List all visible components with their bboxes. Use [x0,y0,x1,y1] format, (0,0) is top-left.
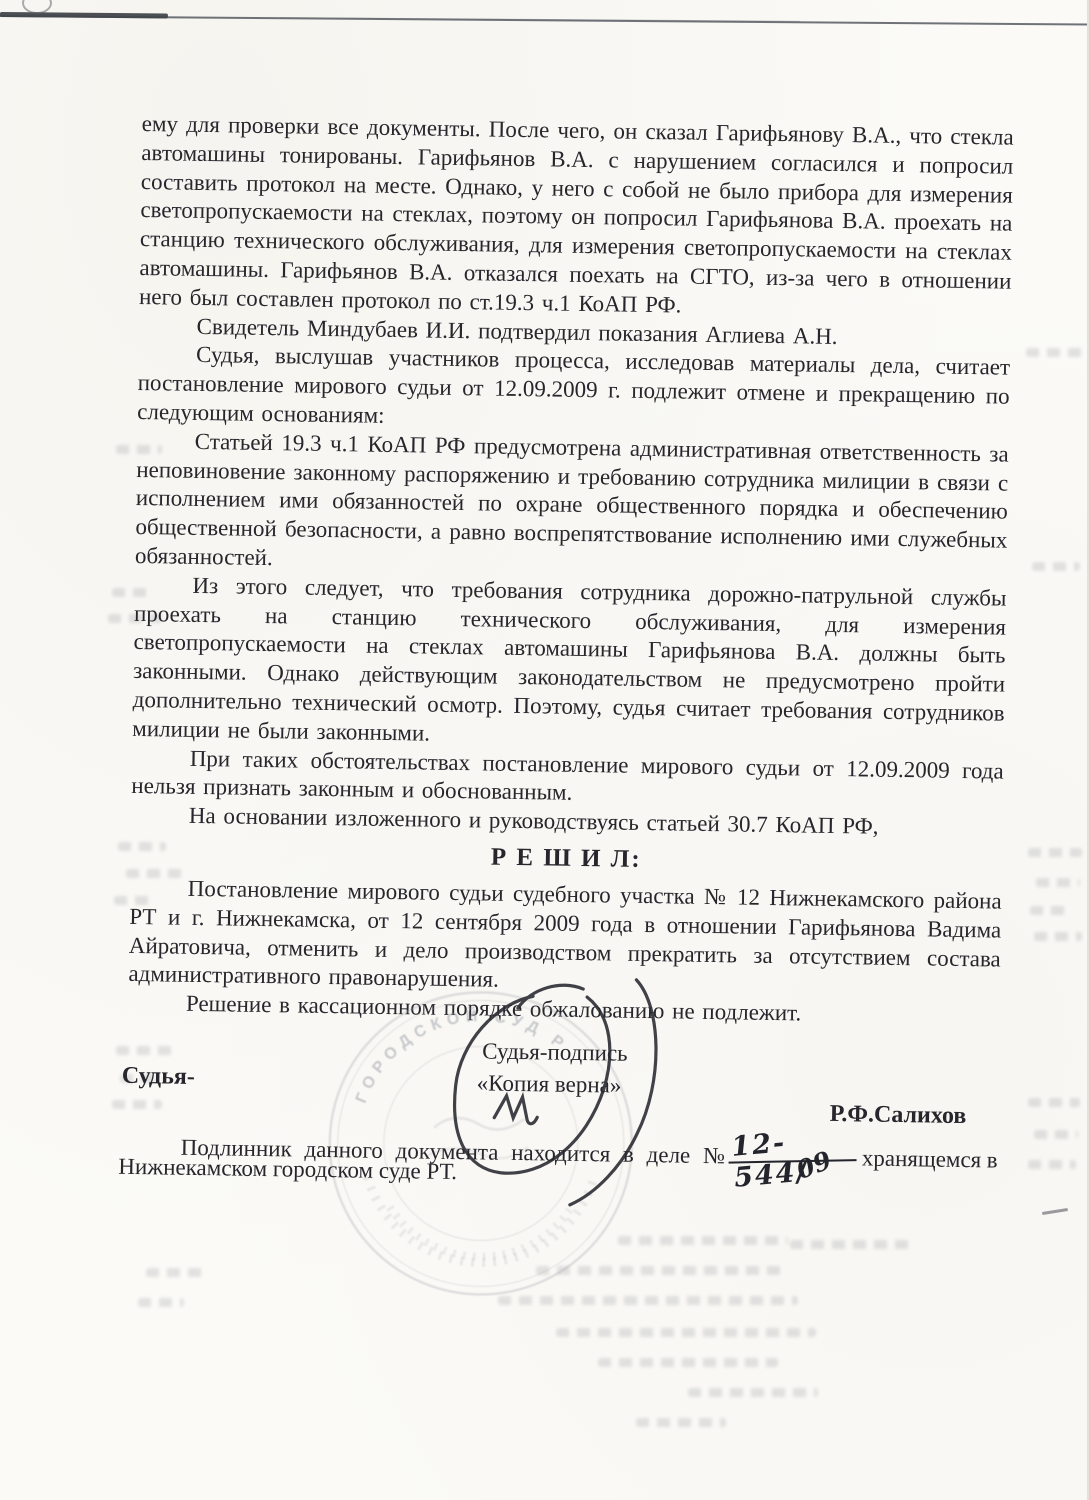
bleed-through-smudge [1026,348,1082,357]
case-number-handwritten: 12-544/ 09 [730,1133,856,1165]
bleed-through-smudge [1028,1098,1080,1107]
judge-signature-ink [420,964,689,1218]
paragraph-article: Статьей 19.3 ч.1 КоАП РФ предусмотрена а… [135,427,1009,585]
bleed-through-smudge [1034,1130,1078,1139]
decision-heading: Р Е Ш И Л: [130,837,1002,881]
bleed-through-smudge [1030,906,1072,915]
footer-suffix2: в [987,1147,998,1173]
margin-dash-mark [1042,1208,1068,1215]
bleed-through-smudge [1032,562,1080,571]
document-body: ему для проверки все документы. После че… [121,110,1014,1461]
paragraph-continuation: ему для проверки все документы. После че… [139,110,1014,325]
scanned-document-page: ему для проверки все документы. После че… [0,0,1089,1500]
judge-label: Судья- [122,1063,195,1091]
footer-suffix1: хранящемся [862,1145,982,1173]
signature-section: ГОРОДСКОЙ СУД Р Судья-подпись «Копия вер… [121,1018,1000,1462]
scan-edge-line [0,15,1089,26]
bleed-through-smudge [1034,932,1082,941]
paragraph-judge-conclusion: Судья, выслушав участников процесса, исс… [137,340,1010,440]
paragraph-reasoning: Из этого следует, что требования сотрудн… [132,571,1007,757]
footer-line2: Нижнекамском городском суде РТ. [118,1154,457,1185]
bleed-through-smudge [1028,1160,1076,1169]
bleed-through-smudge [1028,848,1082,857]
bleed-through-smudge [1036,878,1080,887]
